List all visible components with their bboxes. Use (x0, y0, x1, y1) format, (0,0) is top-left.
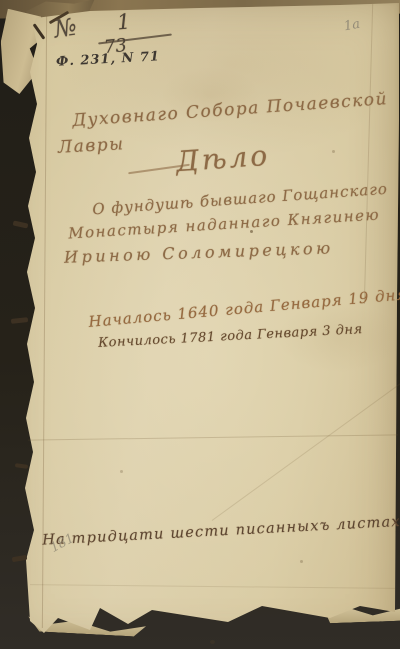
folio-pencil-mark: 1а (343, 17, 361, 35)
case-title-word: Дѣло (175, 139, 271, 178)
binding-stitch (12, 555, 28, 563)
archive-number-sign: № (52, 13, 78, 44)
paper-speck (332, 150, 335, 153)
binding-stitch (13, 220, 29, 228)
paper-speck (210, 640, 215, 644)
binding-stitch (15, 463, 28, 469)
heading-line-2: Лавры (58, 134, 125, 157)
archive-fraction-numerator: 1 (116, 9, 131, 34)
paper-speck (120, 470, 123, 473)
binding-stitch (11, 317, 28, 324)
scanned-archive-page: № 1 73 Ф. 231, N 71 1а Духовнаго Собора … (0, 0, 400, 649)
paper-speck (300, 560, 303, 563)
